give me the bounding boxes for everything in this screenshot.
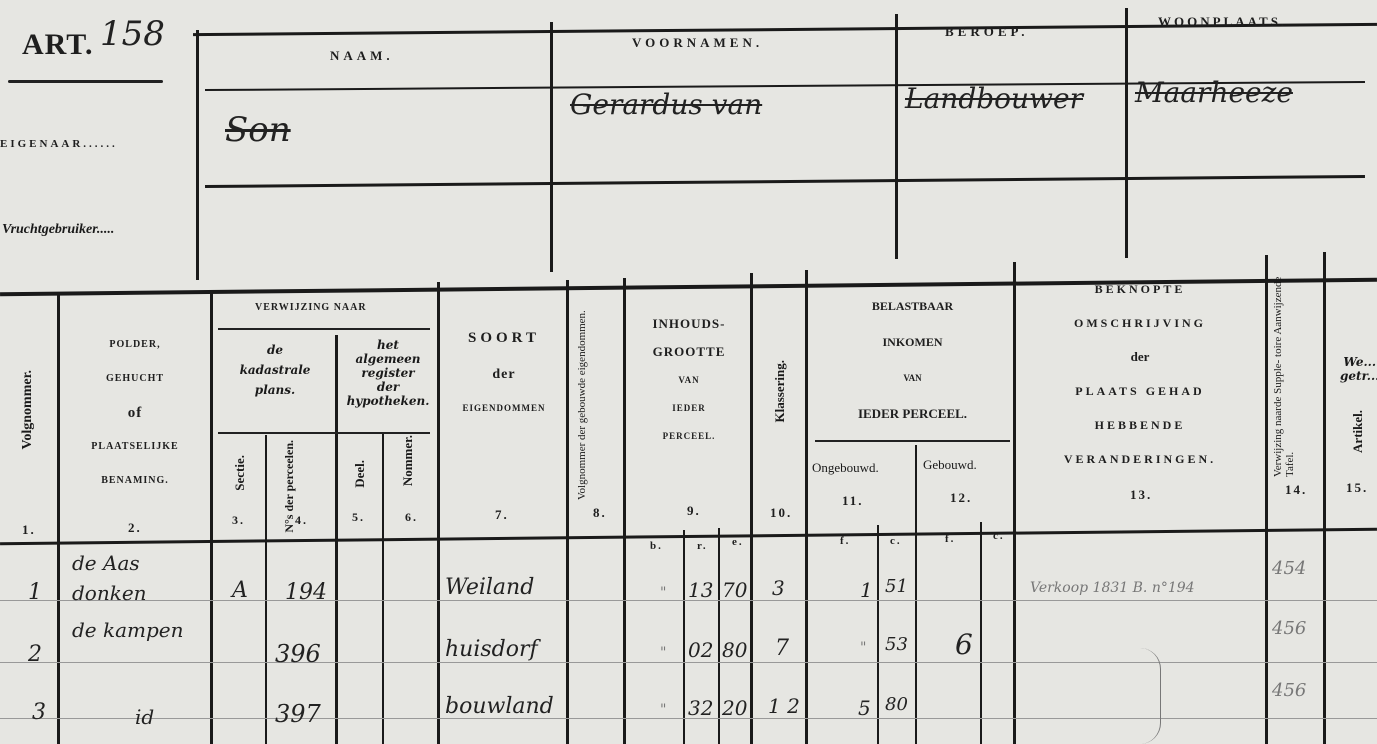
hdr-oms-l3: der [1020,340,1260,374]
hdr-bel-l4: IEDER PERCEEL. [815,396,1010,432]
col-line-1 [57,295,60,744]
art-underline [8,80,163,83]
row1-polder: de Aas donken [72,548,207,608]
hdr-bel-l1: BELASTBAAR [815,288,1010,324]
row1-volg: 1 [28,580,42,605]
hdr-grootte-l3: VAN [630,366,748,394]
hdr-ongebouwd: Ongebouwd. [812,460,879,476]
hdr-12-f: f. [945,533,955,545]
row3-klasse: 1 2 [768,694,800,718]
row1-e: 70 [722,578,747,602]
hdr-oms-l5: HEBBENDE [1020,408,1260,442]
row3-ong-f: 5 [858,696,871,720]
hdr-soort-l1: SOORT [445,330,563,347]
top-box-left-line [196,30,199,280]
col-beroep: BEROEP. [945,24,1029,40]
row1-klasse: 3 [772,576,785,600]
hdr-sectie: Sectie. [232,455,248,491]
hdr-deel: Deel. [352,460,368,488]
hdr-volgnommer-gebouwde: Volgnommer der gebouwde eigendommen. [576,285,616,500]
hdr-artikel: Artikel. [1350,410,1366,453]
hdr-num-2: 2. [128,520,142,536]
col-line-8 [623,278,626,744]
col-line-3 [265,435,267,744]
row1-omschrijving: Verkoop 1831 B. n°194 [1030,580,1195,596]
art-number: 158 [100,14,165,54]
hdr-hyp-l1: het [338,338,438,352]
row2-volg: 2 [28,642,42,667]
col-line-13 [1265,255,1268,744]
hdr-volgnommer: Volgnommer. [20,370,36,449]
hdr-omschrijving: BEKNOPTE OMSCHRIJVING der PLAATS GEHAD H… [1020,272,1260,476]
col-line-7 [566,280,569,744]
hdr-kad-l2: kadastrale [215,360,335,380]
hdr-num-12: 12. [950,490,972,506]
hdr-num-3: 3. [232,513,245,528]
eigenaar-label: EIGENAAR...... [0,138,118,150]
divider-voornamen [550,22,553,272]
col-voornamen: VOORNAMEN. [632,35,763,51]
divider-woonplaats [1125,8,1128,258]
hdr-verwijzing: VERWIJZING NAAR [255,302,367,313]
hdr-bel-l2: INKOMEN [815,324,1010,360]
row2-verwijzing: 456 [1272,618,1306,639]
hdr-oms-l1: BEKNOPTE [1020,272,1260,306]
sub-line-b-r [683,530,685,744]
eigenaar-woonplaats: Maarheeze [1135,76,1293,109]
hdr-oms-l2: OMSCHRIJVING [1020,306,1260,340]
hdr-belastbaar: BELASTBAAR INKOMEN VAN IEDER PERCEEL. [815,288,1010,432]
row2-geb-f: 6 [955,628,973,661]
col-line-14 [1323,252,1326,744]
hdr-polder-l1: POLDER, [65,328,205,362]
hdr-sub-e: e. [732,536,744,548]
hdr-num-6: 6. [405,510,418,525]
hdr-num-15: 15. [1346,480,1368,496]
hdr-polder-l2: GEHUCHT [65,362,205,396]
hdr-num-1: 1. [22,522,36,538]
row2-b: " [660,645,666,661]
hdr-grootte-l5: PERCEEL. [630,422,748,450]
col-line-2 [210,292,213,744]
hdr-polder-l4: PLAATSELIJKE [65,430,205,464]
row1-ong-c: 51 [885,576,908,597]
hdr-verwijzing-suppl: Verwijzing naarde Supple- toire Aanwijze… [1272,262,1312,477]
col-line-5 [382,432,384,744]
plans-divider [218,432,430,434]
hdr-num-5: 5. [352,510,365,525]
hdr-num-8: 8. [593,505,607,521]
row1-verwijzing: 454 [1272,558,1306,579]
hdr-grootte-l4: IEDER [630,394,748,422]
row1-soort: Weiland [445,575,534,600]
col-woonplaats: WOONPLAATS. [1158,14,1287,30]
col-line-12 [1013,262,1016,744]
hdr-kadastrale: de kadastrale plans. [215,340,335,400]
row2-ong-f: " [860,640,866,656]
row1-ong-f: 1 [860,578,873,602]
divider-beroep [895,14,898,259]
hdr-12-c: c. [993,530,1005,542]
col-line-9 [750,273,753,744]
brace-mark [1140,648,1161,744]
row2-ong-c: 53 [885,634,908,655]
hdr-num-14: 14. [1285,482,1307,498]
hdr-oms-l6: VERANDERINGEN. [1020,442,1260,476]
hdr-11-c: c. [890,535,902,547]
row2-r: 02 [688,638,713,662]
row2-klasse: 7 [775,636,789,661]
header-bottom-line [0,528,1377,545]
row3-perceel: 397 [275,700,321,728]
row2-e: 80 [722,638,747,662]
hdr-hypotheken: het algemeen register der hypotheken. [338,338,438,408]
hdr-bel-l3: VAN [815,360,1010,396]
row3-volg: 3 [32,700,46,725]
hdr-num-7: 7. [495,507,509,523]
row2-soort: huisdorf [445,637,538,662]
hdr-soort-l3: EIGENDOMMEN [445,403,563,413]
col-line-11 [915,445,917,744]
row2-perceel: 396 [275,640,321,668]
row3-ong-c: 80 [885,694,908,715]
hdr-grootte: INHOUDS- GROOTTE VAN IEDER PERCEEL. [630,310,748,450]
hdr-kad-l3: plans. [215,380,335,400]
hdr-c15-top: We... getr... [1340,355,1377,383]
sub-line-r-e [718,528,720,744]
hdr-sub-b: b. [650,540,663,552]
hdr-gebouwd: Gebouwd. [923,457,977,473]
eigenaar-naam: Son [225,110,291,150]
row3-verwijzing: 456 [1272,680,1306,701]
hdr-soort-l2: der [445,367,563,383]
hdr-num-4: 4. [295,513,308,528]
row3-soort: bouwland [445,694,554,719]
row3-r: 32 [688,696,713,720]
hdr-hyp-l3: register [338,366,438,380]
row1-r: 13 [688,578,713,602]
row3-b: " [660,702,666,718]
row3-polder: id [135,705,154,729]
hdr-grootte-l1: INHOUDS- [630,310,748,338]
hdr-11-f: f. [840,535,850,547]
vruchtgebruiker-label: Vruchtgebruiker..... [2,222,114,238]
hdr-hyp-l2: algemeen [338,352,438,366]
sub-line-12-fc [980,522,982,744]
hdr-grootte-l2: GROOTTE [630,338,748,366]
hdr-polder: POLDER, GEHUCHT of PLAATSELIJKE BENAMING… [65,328,205,498]
eigenaar-row-line [205,175,1365,188]
eigenaar-beroep: Landbouwer [905,82,1083,115]
col-line-10 [805,270,808,744]
inkomen-divider [815,440,1010,442]
hdr-num-11: 11. [842,493,864,509]
hdr-polder-l5: BENAMING. [65,464,205,498]
hdr-oms-l4: PLAATS GEHAD [1020,374,1260,408]
hdr-num-10: 10. [770,505,792,521]
hdr-num-9: 9. [687,503,701,519]
hdr-klassering: Klassering. [772,360,788,422]
hdr-kad-l1: de [215,340,335,360]
row2-polder: de kampen [72,615,207,645]
hdr-soort: SOORT der EIGENDOMMEN [445,330,563,413]
eigenaar-voornamen: Gerardus van [570,88,762,121]
hdr-nommer: Nommer. [400,435,416,486]
hdr-hyp-l4: der [338,380,438,394]
sub-line-11-fc [877,525,879,744]
row1-b: " [660,585,666,601]
row1-perceel: 194 [285,580,327,605]
art-label: ART. [22,28,94,62]
row1-sectie: A [232,578,248,603]
hdr-polder-l3: of [65,396,205,430]
col-naam: NAAM. [330,48,394,64]
hdr-num-13: 13. [1130,487,1152,503]
verwijzing-divider [218,328,430,330]
ruled-line-2 [0,662,1377,663]
hdr-sub-r: r. [697,540,708,552]
hdr-hyp-l5: hypotheken. [338,394,438,408]
row3-e: 20 [722,696,747,720]
